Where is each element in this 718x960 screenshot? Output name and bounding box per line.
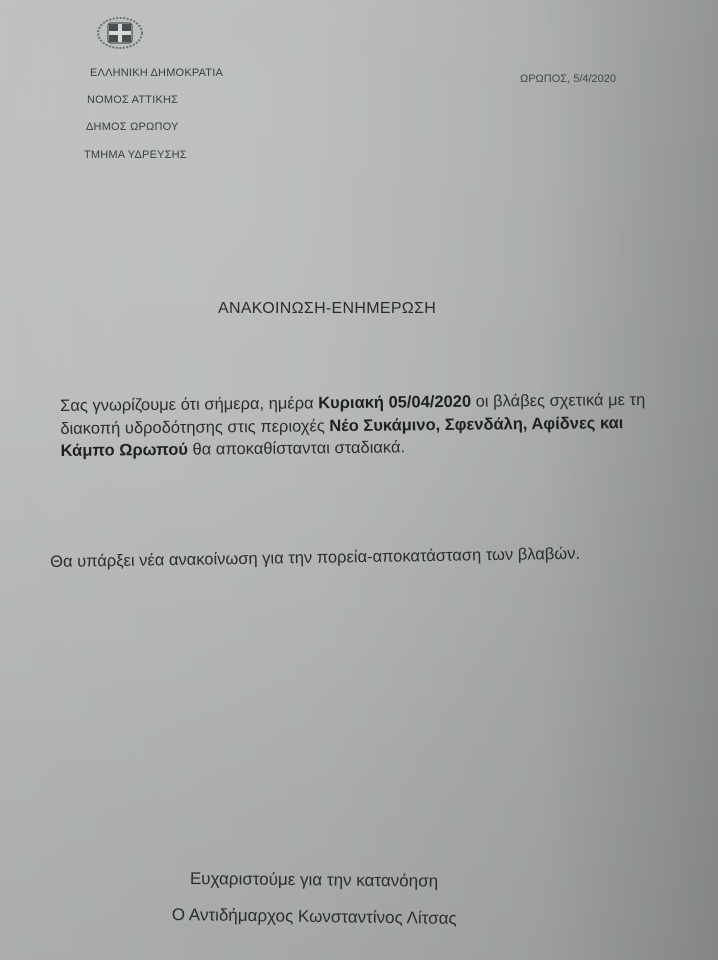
document-title: ΑΝΑΚΟΙΝΩΣΗ-ΕΝΗΜΕΡΩΣΗ [218,300,436,318]
date-emphasis: Κυριακή 05/04/2020 [318,393,471,413]
header-line-republic: ΕΛΛΗΝΙΚΗ ΔΗΜΟΚΡΑΤΙΑ [90,67,223,79]
header-line-municipality: ΔΗΜΟΣ ΩΡΩΠΟΥ [86,121,179,133]
paper-shading [0,0,718,960]
signature-line: Ο Αντιδήμαρχος Κωνσταντίνος Λίτσας [172,905,457,929]
place-date: ΩΡΩΠΟΣ, 5/4/2020 [520,73,616,85]
followup-paragraph: Θα υπάρξει νέα ανακοίνωση για την πορεία… [50,541,680,573]
greek-coat-of-arms-icon [96,16,144,50]
text-run: Σας γνωρίζουμε ότι σήμερα, ημέρα [60,394,318,415]
header-line-prefecture: ΝΟΜΟΣ ΑΤΤΙΚΗΣ [87,94,178,106]
header-line-department: ΤΜΗΜΑ ΥΔΡΕΥΣΗΣ [84,149,187,161]
announcement-paragraph: Σας γνωρίζουμε ότι σήμερα, ημέρα Κυριακή… [60,389,661,463]
thanks-line: Ευχαριστούμε για την κατανόηση [190,869,438,892]
text-run: θα αποκαθίστανται σταδιακά. [188,438,405,458]
